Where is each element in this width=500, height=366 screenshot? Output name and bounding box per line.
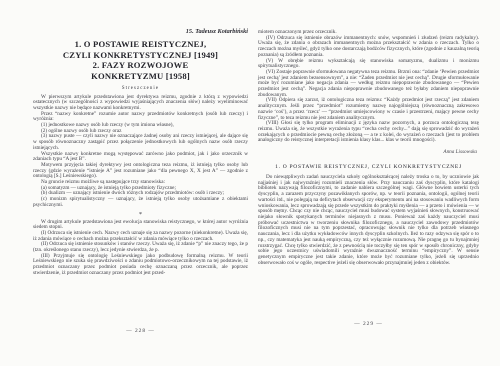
summary-list-item: (c) monizm spirytualistyczny — uznający,… xyxy=(33,197,248,208)
summary-list-item: (3) nazwy puste — czyli nazwy nie oznacz… xyxy=(33,134,248,151)
page-number-left: — 228 — xyxy=(33,328,248,334)
summary-paragraph: (IV) Odrzuca się istnienie obrazów imman… xyxy=(258,36,479,59)
page-number-right: — 229 — xyxy=(258,321,479,327)
summary-paragraph: (VIII) Głosi się tylko program eliminacj… xyxy=(258,121,479,144)
left-page: 15. Tadeusz Kotarbiński 1. O POSTAWIE RE… xyxy=(33,28,248,277)
book-spread: 15. Tadeusz Kotarbiński 1. O POSTAWIE RE… xyxy=(0,0,500,366)
summary-paragraph: (VII) Odpiera się zarzut, iż ontologiczn… xyxy=(258,98,479,121)
summary-paragraph: (VI) Zostaje poprawnie sformułowana nega… xyxy=(258,70,479,99)
title-line-2: CZYLI KONKRETYSTYCZNEJ [1949] xyxy=(33,50,248,61)
right-page: miotem oznaczonym przez orzecznik. (IV) … xyxy=(258,30,479,266)
summary-paragraph: (III) Przyjmuje się ontologię Leśniewski… xyxy=(33,254,248,277)
summary-paragraph: W pierwszym artykule przedstawiona jest … xyxy=(33,95,248,112)
summary-heading: Streszczenie xyxy=(33,86,248,92)
summary-author-signature: Anna Lissowska xyxy=(258,149,477,155)
section-heading: 1. O POSTAWIE REISTYCZNEJ, CZYLI KONKRET… xyxy=(258,164,479,171)
summary-paragraph: Motywem przyjęcia takiej dyrektywy jest … xyxy=(33,163,248,180)
running-header: 15. Tadeusz Kotarbiński xyxy=(33,28,248,35)
title-line-3: 2. FAZY ROZWOJOWE xyxy=(33,60,248,71)
title-line-1: 1. O POSTAWIE REISTYCZNEJ, xyxy=(33,39,248,50)
title-line-4: KONKRETYZMU [1958] xyxy=(33,71,248,82)
body-paragraph: Do niewątpliwych zadań nauczyciela szkoł… xyxy=(258,175,479,266)
section-separator: * xyxy=(33,209,248,220)
article-title: 1. O POSTAWIE REISTYCZNEJ, CZYLI KONKRET… xyxy=(33,39,248,81)
